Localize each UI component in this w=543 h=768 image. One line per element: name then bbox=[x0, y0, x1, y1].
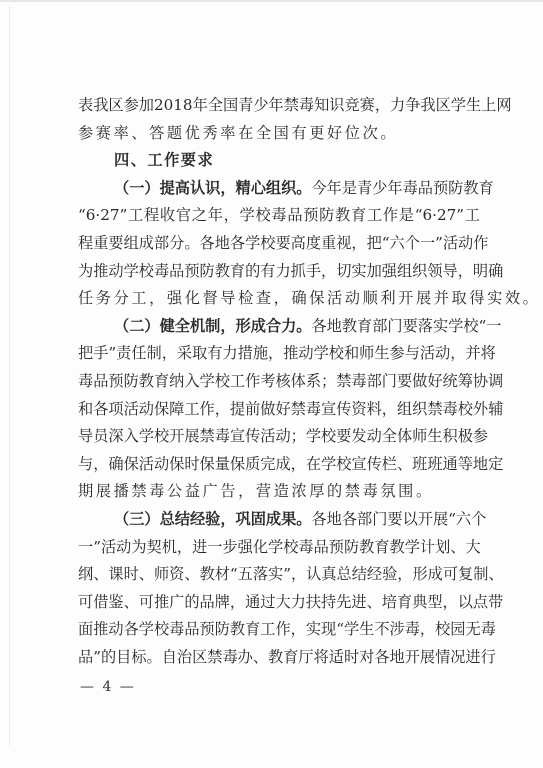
paragraph-first-line: （一）提高认识，精心组织。今年是青少年毒品预防教育 bbox=[78, 175, 480, 203]
text-line: 参赛率、答题优秀率在全国有更好位次。 bbox=[78, 120, 480, 148]
text-line: 纲、课时、师资、教材“五落实”，认真总结经验，形成可复制、 bbox=[78, 561, 480, 589]
paragraph-lead: （二）健全机制，形成合力。 bbox=[114, 317, 311, 335]
text-line: 一”活动为契机，进一步强化学校毒品预防教育教学计划、大 bbox=[78, 534, 480, 562]
text-line: 可借鉴、可推广的品牌，通过大力扶持先进、培育典型，以点带 bbox=[78, 589, 480, 617]
document-page: 表我区参加2018年全国青少年禁毒知识竞赛，力争我区学生上网 参赛率、答题优秀率… bbox=[0, 0, 543, 768]
paragraph-lead: （三）总结经验，巩固成果。 bbox=[114, 510, 311, 528]
paragraph-first-line: （三）总结经验，巩固成果。各地各部门要以开展“六个 bbox=[78, 506, 480, 534]
body-text: 表我区参加2018年全国青少年禁毒知识竞赛，力争我区学生上网 参赛率、答题优秀率… bbox=[78, 92, 480, 671]
text-line: “6·27”工程收官之年，学校毒品预防教育工作是“6·27”工 bbox=[78, 202, 480, 230]
scan-edge-left bbox=[9, 6, 10, 746]
text-line: 导员深入学校开展禁毒宣传活动；学校要发动全体师生积极参 bbox=[78, 423, 480, 451]
paragraph-text: 今年是青少年毒品预防教育 bbox=[311, 179, 493, 197]
text-line: 面推动各学校毒品预防教育工作，实现“学生不涉毒，校园无毒 bbox=[78, 616, 480, 644]
scan-edge-top bbox=[0, 0, 543, 2]
text-line: 与，确保活动保时保量保质完成，在学校宣传栏、班班通等地定 bbox=[78, 451, 480, 479]
paragraph-lead: （一）提高认识，精心组织。 bbox=[114, 179, 311, 197]
text-line: 程重要组成部分。各地各学校要高度重视，把“六个一”活动作 bbox=[78, 230, 480, 258]
section-heading: 四、工作要求 bbox=[78, 147, 480, 175]
page-number: — 4 — bbox=[80, 679, 136, 695]
text-line: 表我区参加2018年全国青少年禁毒知识竞赛，力争我区学生上网 bbox=[78, 92, 480, 120]
text-line: 任务分工，强化督导检查，确保活动顺利开展并取得实效。 bbox=[78, 285, 480, 313]
text-line: 期展播禁毒公益广告，营造浓厚的禁毒氛围。 bbox=[78, 478, 480, 506]
text-line: 和各项活动保障工作，提前做好禁毒宣传资料，组织禁毒校外辅 bbox=[78, 396, 480, 424]
paragraph-text: 各地各部门要以开展“六个 bbox=[311, 510, 486, 528]
paragraph-first-line: （二）健全机制，形成合力。各地教育部门要落实学校“一 bbox=[78, 313, 480, 341]
text-line: 品”的目标。自治区禁毒办、教育厅将适时对各地开展情况进行 bbox=[78, 644, 480, 672]
text-line: 为推动学校毒品预防教育的有力抓手，切实加强组织领导，明确 bbox=[78, 258, 480, 286]
text-line: 毒品预防教育纳入学校工作考核体系；禁毒部门要做好统筹协调 bbox=[78, 368, 480, 396]
text-line: 把手”责任制，采取有力措施，推动学校和师生参与活动，并将 bbox=[78, 340, 480, 368]
paragraph-text: 各地教育部门要落实学校“一 bbox=[311, 317, 501, 335]
